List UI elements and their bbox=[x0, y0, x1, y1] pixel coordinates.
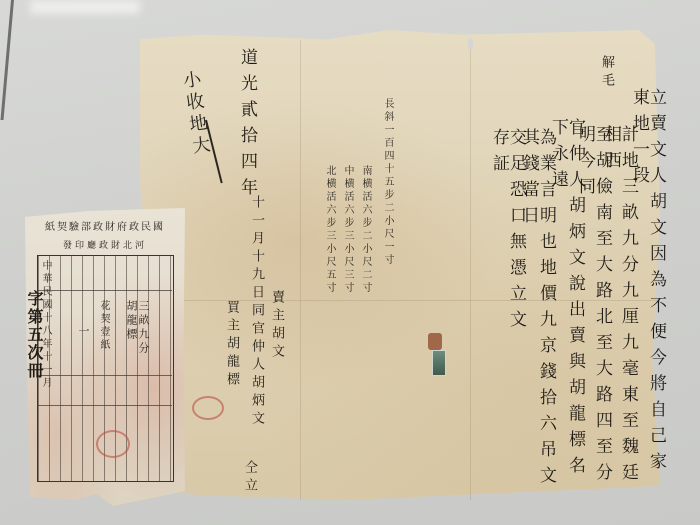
measurement-south: 南横活六步二小尺二寸 bbox=[360, 165, 370, 295]
light-glare bbox=[30, 0, 140, 14]
deed-column-6: 交足恐口無憑立文存証 bbox=[490, 128, 524, 338]
deed-annotation: 解毛 bbox=[600, 55, 613, 91]
deed-buyer: 買主胡龍標 bbox=[225, 300, 238, 390]
red-seal-stamp bbox=[192, 396, 224, 420]
form-title: 國民政府財政部驗契紙 bbox=[35, 218, 175, 233]
form-entry-owner: 胡龍標 bbox=[126, 300, 137, 342]
deed-seller: 賣主胡文 bbox=[270, 290, 283, 362]
surface-seam bbox=[1, 0, 14, 120]
form-entry-count: 一 bbox=[78, 325, 89, 339]
paper-tear bbox=[468, 38, 473, 50]
form-entry-document: 花契壹紙 bbox=[98, 300, 108, 352]
fold-crease bbox=[470, 40, 471, 500]
revenue-stamp bbox=[432, 350, 446, 376]
deed-date-line: 十一月十九日同官仲人胡炳文 bbox=[250, 195, 263, 429]
form-entry-area: 三畝九分 bbox=[138, 300, 149, 356]
deed-date-header: 道光貳拾四年 bbox=[238, 48, 255, 204]
table-divider bbox=[37, 375, 172, 376]
form-side-stamp: 字第五次冊 bbox=[26, 290, 42, 380]
measurement-length: 長斜一百四十五步二小尺一寸 bbox=[382, 98, 392, 267]
table-divider bbox=[37, 405, 172, 406]
red-seal-stamp bbox=[96, 430, 130, 458]
form-subtitle: 河北財政廳印發 bbox=[50, 238, 160, 251]
measurement-middle: 中横活六步三小尺三寸 bbox=[342, 165, 352, 295]
fold-crease bbox=[300, 40, 301, 500]
measurement-north: 北横活六步三小尺五寸 bbox=[324, 165, 334, 295]
seal-mark bbox=[428, 333, 442, 350]
deed-closing: 仝立 bbox=[243, 460, 256, 496]
table-divider bbox=[37, 290, 172, 291]
